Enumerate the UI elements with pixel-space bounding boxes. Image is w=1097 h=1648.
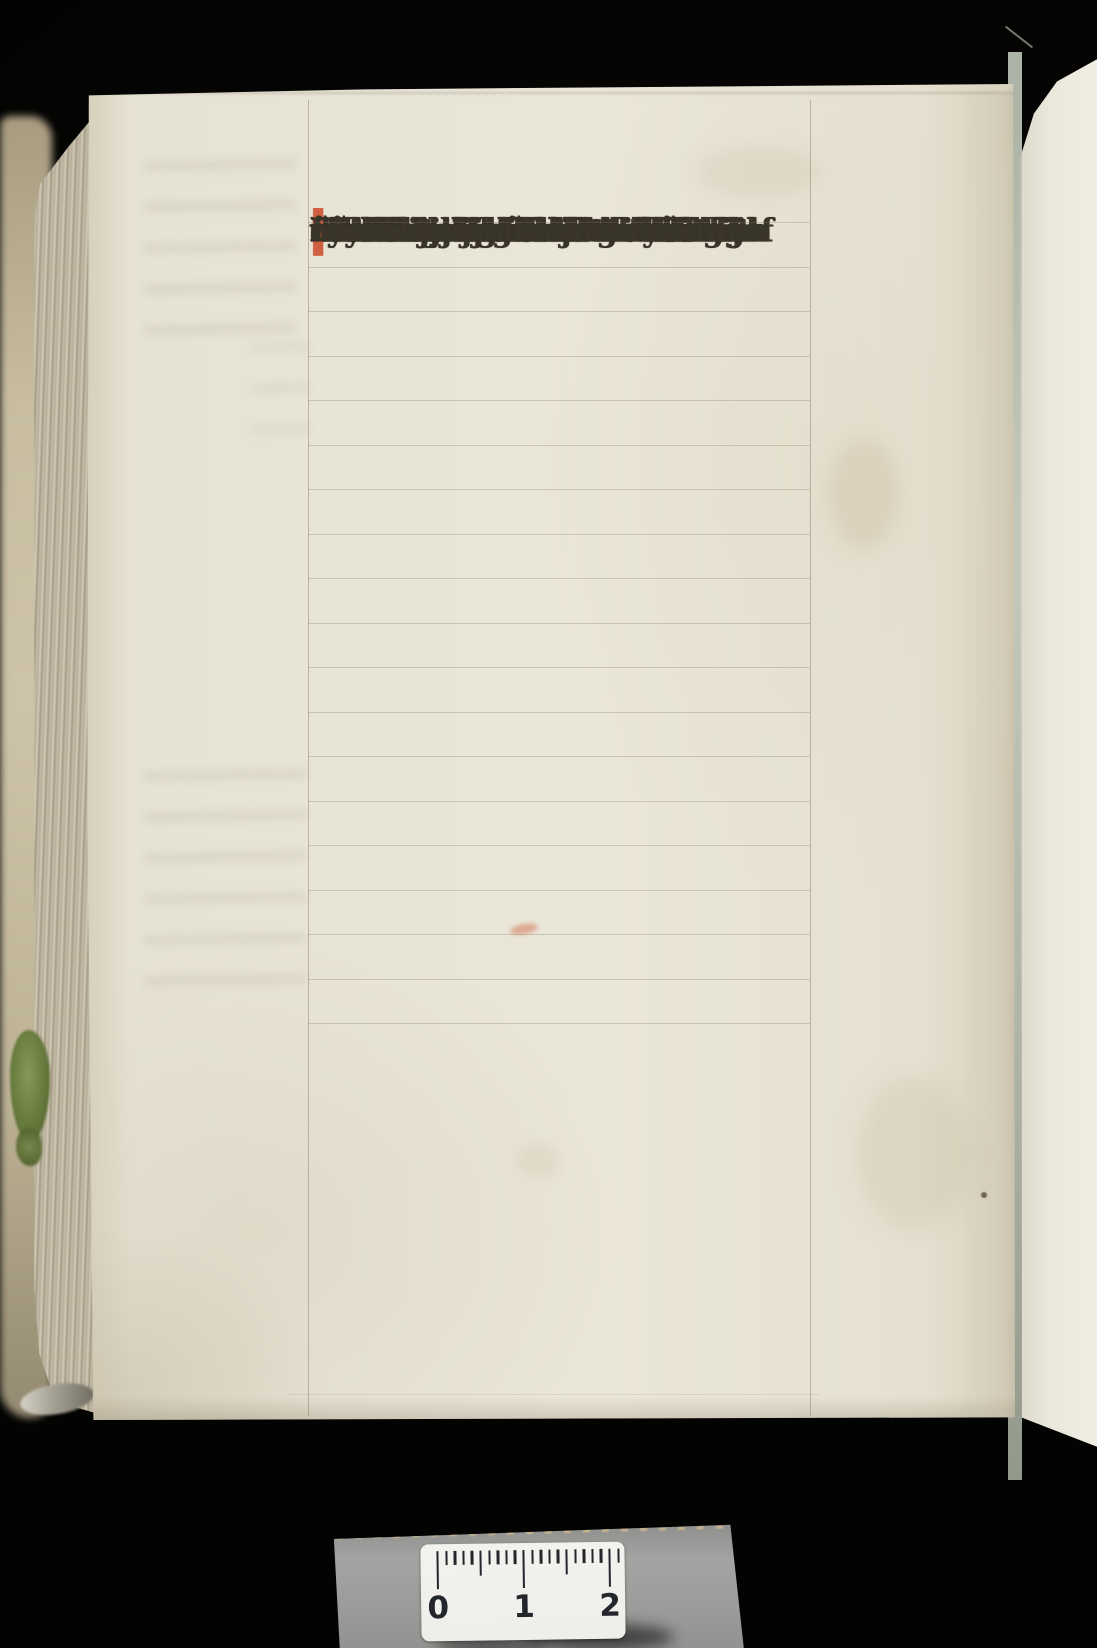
horizontal-ruling-line (308, 400, 810, 401)
stain (696, 146, 820, 198)
horizontal-ruling-line (308, 534, 810, 535)
ruler-tick (488, 1550, 491, 1564)
stain (858, 1078, 970, 1230)
horizontal-ruling-line (308, 845, 810, 846)
show-through-text (144, 769, 306, 1004)
horizontal-ruling-line (308, 667, 810, 668)
show-through-text (144, 159, 296, 344)
ruler-number: 0 (418, 1590, 458, 1627)
horizontal-ruling-line (308, 267, 810, 268)
glass-glint (1005, 26, 1033, 49)
ruler-tick (479, 1551, 482, 1576)
horizontal-ruling-line (308, 311, 810, 312)
horizontal-ruling-line (308, 801, 810, 802)
horizontal-ruling-line (308, 979, 810, 980)
horizontal-ruling-line (308, 623, 810, 624)
manuscript-page: eñ hem dijn balsam soetemaechdelike melc… (86, 82, 1015, 1420)
horizontal-ruling-line (308, 712, 810, 713)
ruler-tick (583, 1549, 586, 1563)
centimeter-ruler: 012 (420, 1542, 625, 1642)
ruler-number: 2 (590, 1588, 630, 1625)
stain (516, 1144, 560, 1178)
horizontal-ruling-line (308, 356, 810, 357)
ruler-tick (608, 1549, 611, 1587)
photograph-frame: eñ hem dijn balsam soetemaechdelike melc… (0, 0, 1097, 1648)
ruler-tick (540, 1550, 543, 1564)
ruler-tick (462, 1551, 465, 1565)
ruler-tick (445, 1551, 448, 1565)
ruler-tick (548, 1550, 551, 1564)
ruler-tick (574, 1549, 577, 1563)
show-through-text (252, 341, 310, 454)
ruler-tick (436, 1551, 439, 1589)
torn-paper-edge (336, 1525, 734, 1539)
horizontal-ruling-line (308, 489, 810, 490)
green-fabric-remnant-small (16, 1128, 42, 1166)
ruler-tick (522, 1550, 525, 1588)
dark-speck (981, 1192, 987, 1198)
horizontal-ruling-line (308, 1023, 810, 1024)
ruler-tick (471, 1551, 474, 1565)
ruler-tick (505, 1550, 508, 1564)
ruler-tick (617, 1549, 620, 1563)
ruler-tick (454, 1551, 457, 1565)
horizontal-ruling-line (308, 222, 810, 223)
horizontal-ruling-line (308, 578, 810, 579)
ruler-tick (565, 1549, 568, 1574)
page-top-edge (86, 92, 1015, 94)
horizontal-ruling-line (308, 445, 810, 446)
ruler-tick (531, 1550, 534, 1564)
ruler-tick (591, 1549, 594, 1563)
horizontal-ruling-line (286, 1394, 820, 1395)
vertical-ruling-line (810, 100, 811, 1416)
horizontal-ruling-line (308, 756, 810, 757)
ruler-tick (600, 1549, 603, 1563)
page-bottom-shadow (86, 1396, 1015, 1420)
text-segment: aen al mijn leuen wt minh (310, 208, 736, 255)
vertical-ruling-line (308, 100, 309, 1416)
stain (828, 438, 900, 550)
ruler-tick (514, 1550, 517, 1564)
horizontal-ruling-line (308, 934, 810, 935)
ruler-tick (497, 1550, 500, 1564)
ruler-tick (557, 1549, 560, 1563)
facing-page-edge (1020, 55, 1097, 1451)
ruler-number: 1 (504, 1589, 544, 1626)
horizontal-ruling-line (308, 890, 810, 891)
